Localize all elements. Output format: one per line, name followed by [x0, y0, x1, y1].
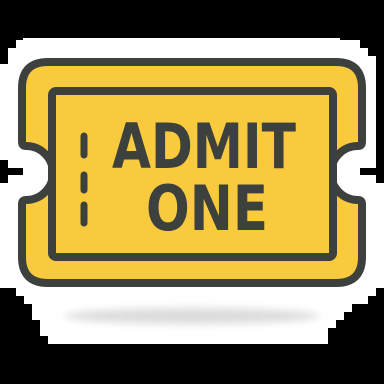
drop-shadow	[64, 308, 320, 324]
ticket-line-one: ONE	[146, 172, 268, 245]
ticket-icon: ADMIT ONE	[0, 0, 384, 384]
ticket-sticker: ADMIT ONE	[0, 0, 384, 384]
